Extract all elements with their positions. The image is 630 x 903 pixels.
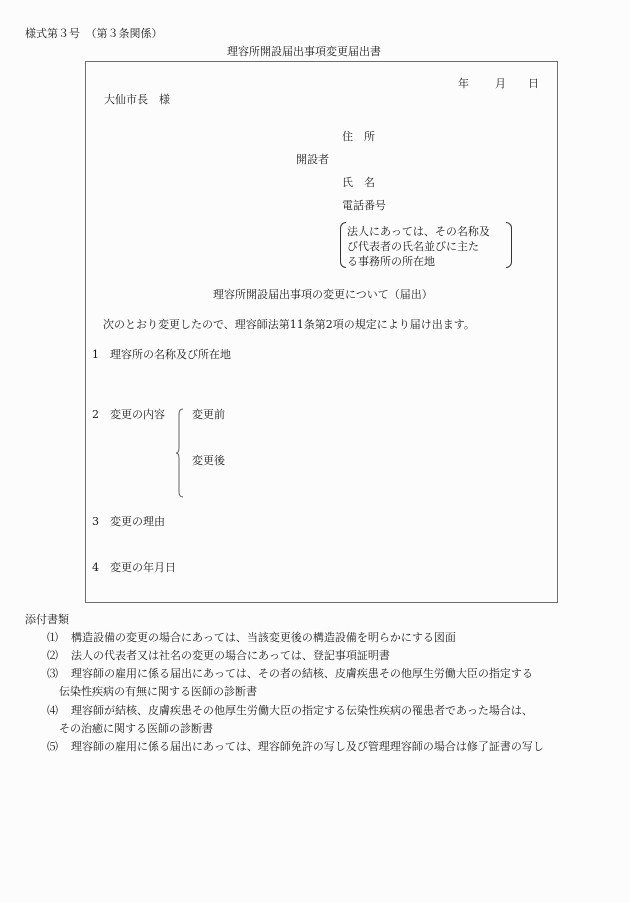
attachment-5: ⑸ 理容師の雇用に係る届出にあっては、理容師免許の写し及び管理理容師の場合は修了…	[47, 741, 58, 752]
left-paren	[340, 222, 346, 268]
attachment-number: ⑸	[47, 740, 58, 753]
date-year: 年	[458, 78, 469, 89]
date-day: 日	[528, 78, 539, 89]
corporate-note-text: 法人にあっては、その名称及 び代表者の氏名並びに主た る事務所の所在地	[347, 224, 490, 269]
name-label: 氏 名	[342, 177, 375, 188]
applicant-label: 開設者	[296, 154, 329, 165]
attachment-4: ⑷ 理容師が結核、皮膚疾患その他厚生労働大臣の指定する伝染性疾病の罹患者であった…	[47, 705, 58, 716]
attachment-text: 構造設備の変更の場合にあっては、当該変更後の構造設備を明らかにする図面	[71, 632, 456, 643]
item-3-label: 変更の理由	[110, 516, 165, 527]
attachment-number: ⑶	[47, 667, 58, 680]
attachment-2: ⑵ 法人の代表者又は社名の変更の場合にあっては、登記事項証明書	[47, 650, 58, 661]
after-label: 変更後	[192, 455, 225, 466]
item-4-label: 変更の年月日	[110, 562, 176, 573]
attachment-3: ⑶ 理容師の雇用に係る届出にあっては、その者の結核、皮膚疾患その他厚生労働大臣の…	[47, 668, 58, 679]
item-2-number: 2	[92, 409, 99, 420]
phone-label: 電話番号	[342, 200, 386, 211]
curly-brace-icon	[175, 408, 185, 498]
item-1-label: 理容所の名称及び所在地	[110, 349, 231, 360]
right-paren	[506, 222, 512, 268]
item-3-number: 3	[92, 516, 99, 527]
attachment-text: 法人の代表者又は社名の変更の場合にあっては、登記事項証明書	[71, 650, 390, 661]
attachment-1: ⑴ 構造設備の変更の場合にあっては、当該変更後の構造設備を明らかにする図面	[47, 632, 58, 643]
attachment-number: ⑵	[47, 649, 58, 662]
date-month: 月	[495, 78, 506, 89]
attachment-text: 理容師の雇用に係る届出にあっては、その者の結核、皮膚疾患その他厚生労働大臣の指定…	[71, 668, 533, 679]
attachments-heading: 添付書類	[25, 614, 69, 625]
address-label: 住 所	[342, 131, 375, 142]
addressee: 大仙市長 様	[104, 94, 170, 105]
attachment-text: 理容師が結核、皮膚疾患その他厚生労働大臣の指定する伝染性疾病の罹患者であった場合…	[71, 705, 533, 716]
subject: 理容所開設届出事項の変更について（届出）	[213, 289, 433, 300]
attachment-number: ⑷	[47, 704, 58, 717]
item-1-number: 1	[92, 349, 99, 360]
statement: 次のとおり変更したので、理容師法第11条第2項の規定により届け出ます。	[103, 319, 475, 330]
attachment-4-cont: その治癒に関する医師の診断書	[59, 723, 213, 734]
item-2-label: 変更の内容	[110, 409, 165, 420]
attachment-text: 理容師の雇用に係る届出にあっては、理容師免許の写し及び管理理容師の場合は修了証書…	[71, 741, 544, 752]
attachment-number: ⑴	[47, 631, 58, 644]
corporate-note: 法人にあっては、その名称及 び代表者の氏名並びに主た る事務所の所在地	[340, 222, 512, 270]
item-4-number: 4	[92, 562, 99, 573]
attachment-3-cont: 伝染性疾病の有無に関する医師の診断書	[59, 686, 257, 697]
before-label: 変更前	[192, 409, 225, 420]
page-title: 理容所開設届出事項変更届出書	[227, 46, 381, 57]
form-number: 様式第３号 （第３条関係）	[25, 28, 163, 39]
